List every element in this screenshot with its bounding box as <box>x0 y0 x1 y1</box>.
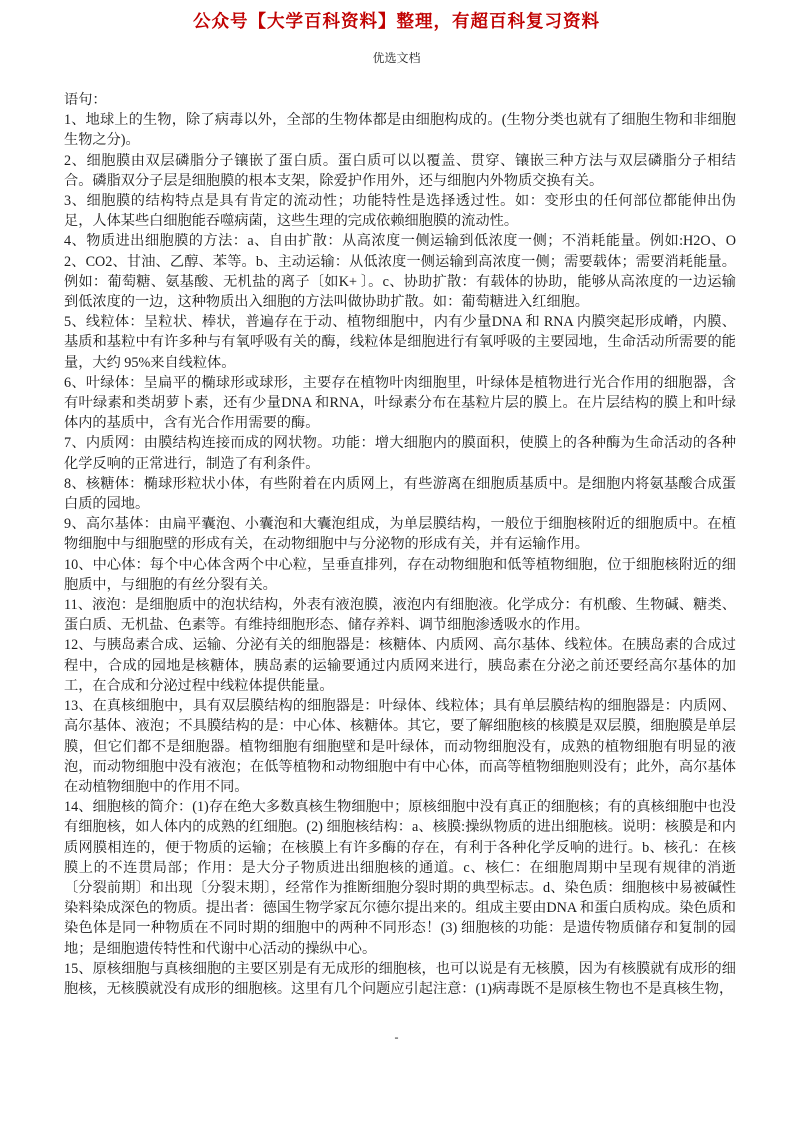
document-header-title: 公众号【大学百科资料】整理，有超百科复习资料 <box>0 8 793 33</box>
numbered-paragraph: 15、原核细胞与真核细胞的主要区别是有无成形的细胞核，也可以说是有无核膜，因为有… <box>64 959 736 999</box>
numbered-paragraph: 9、高尔基体：由扁平囊泡、小囊泡和大囊泡组成，为单层膜结构，一般位于细胞核附近的… <box>64 514 736 554</box>
document-body: 语句： 1、地球上的生物，除了病毒以外，全部的生物体都是由细胞构成的。(生物分类… <box>64 90 736 999</box>
lead-label: 语句： <box>64 90 736 110</box>
numbered-paragraph: 10、中心体：每个中心体含两个中心粒，呈垂直排列，存在动物细胞和低等植物细胞，位… <box>64 555 736 595</box>
numbered-paragraph: 1、地球上的生物，除了病毒以外，全部的生物体都是由细胞构成的。(生物分类也就有了… <box>64 110 736 150</box>
numbered-paragraph: 11、液泡：是细胞质中的泡状结构，外表有液泡膜，液泡内有细胞液。化学成分：有机酸… <box>64 595 736 635</box>
numbered-paragraph: 8、核糖体：椭球形粒状小体，有些附着在内质网上，有些游离在细胞质基质中。是细胞内… <box>64 474 736 514</box>
numbered-paragraph: 4、物质进出细胞膜的方法：a、自由扩散：从高浓度一侧运输到低浓度一侧；不消耗能量… <box>64 231 736 312</box>
numbered-paragraph: 7、内质网：由膜结构连接而成的网状物。功能：增大细胞内的膜面积，使膜上的各种酶为… <box>64 433 736 473</box>
numbered-paragraph: 5、线粒体：呈粒状、棒状，普遍存在于动、植物细胞中，内有少量DNA 和 RNA … <box>64 312 736 373</box>
numbered-paragraph: 13、在真核细胞中，具有双层膜结构的细胞器是：叶绿体、线粒体；具有单层膜结构的细… <box>64 696 736 797</box>
numbered-paragraph: 14、细胞核的简介：(1)存在绝大多数真核生物细胞中；原核细胞中没有真正的细胞核… <box>64 797 736 959</box>
numbered-paragraph: 3、细胞膜的结构特点是具有肯定的流动性；功能特性是选择透过性。如：变形虫的任何部… <box>64 191 736 231</box>
numbered-paragraph: 12、与胰岛素合成、运输、分泌有关的细胞器是：核糖体、内质网、高尔基体、线粒体。… <box>64 635 736 696</box>
paragraph-list: 1、地球上的生物，除了病毒以外，全部的生物体都是由细胞构成的。(生物分类也就有了… <box>64 110 736 999</box>
page-footer-mark: - <box>0 1030 793 1045</box>
document-subtitle: 优选文档 <box>0 49 793 66</box>
document-page: 公众号【大学百科资料】整理，有超百科复习资料 优选文档 语句： 1、地球上的生物… <box>0 0 793 1122</box>
numbered-paragraph: 6、叶绿体：呈扁平的椭球形或球形，主要存在植物叶肉细胞里，叶绿体是植物进行光合作… <box>64 373 736 434</box>
numbered-paragraph: 2、细胞膜由双层磷脂分子镶嵌了蛋白质。蛋白质可以以覆盖、贯穿、镶嵌三种方法与双层… <box>64 151 736 191</box>
